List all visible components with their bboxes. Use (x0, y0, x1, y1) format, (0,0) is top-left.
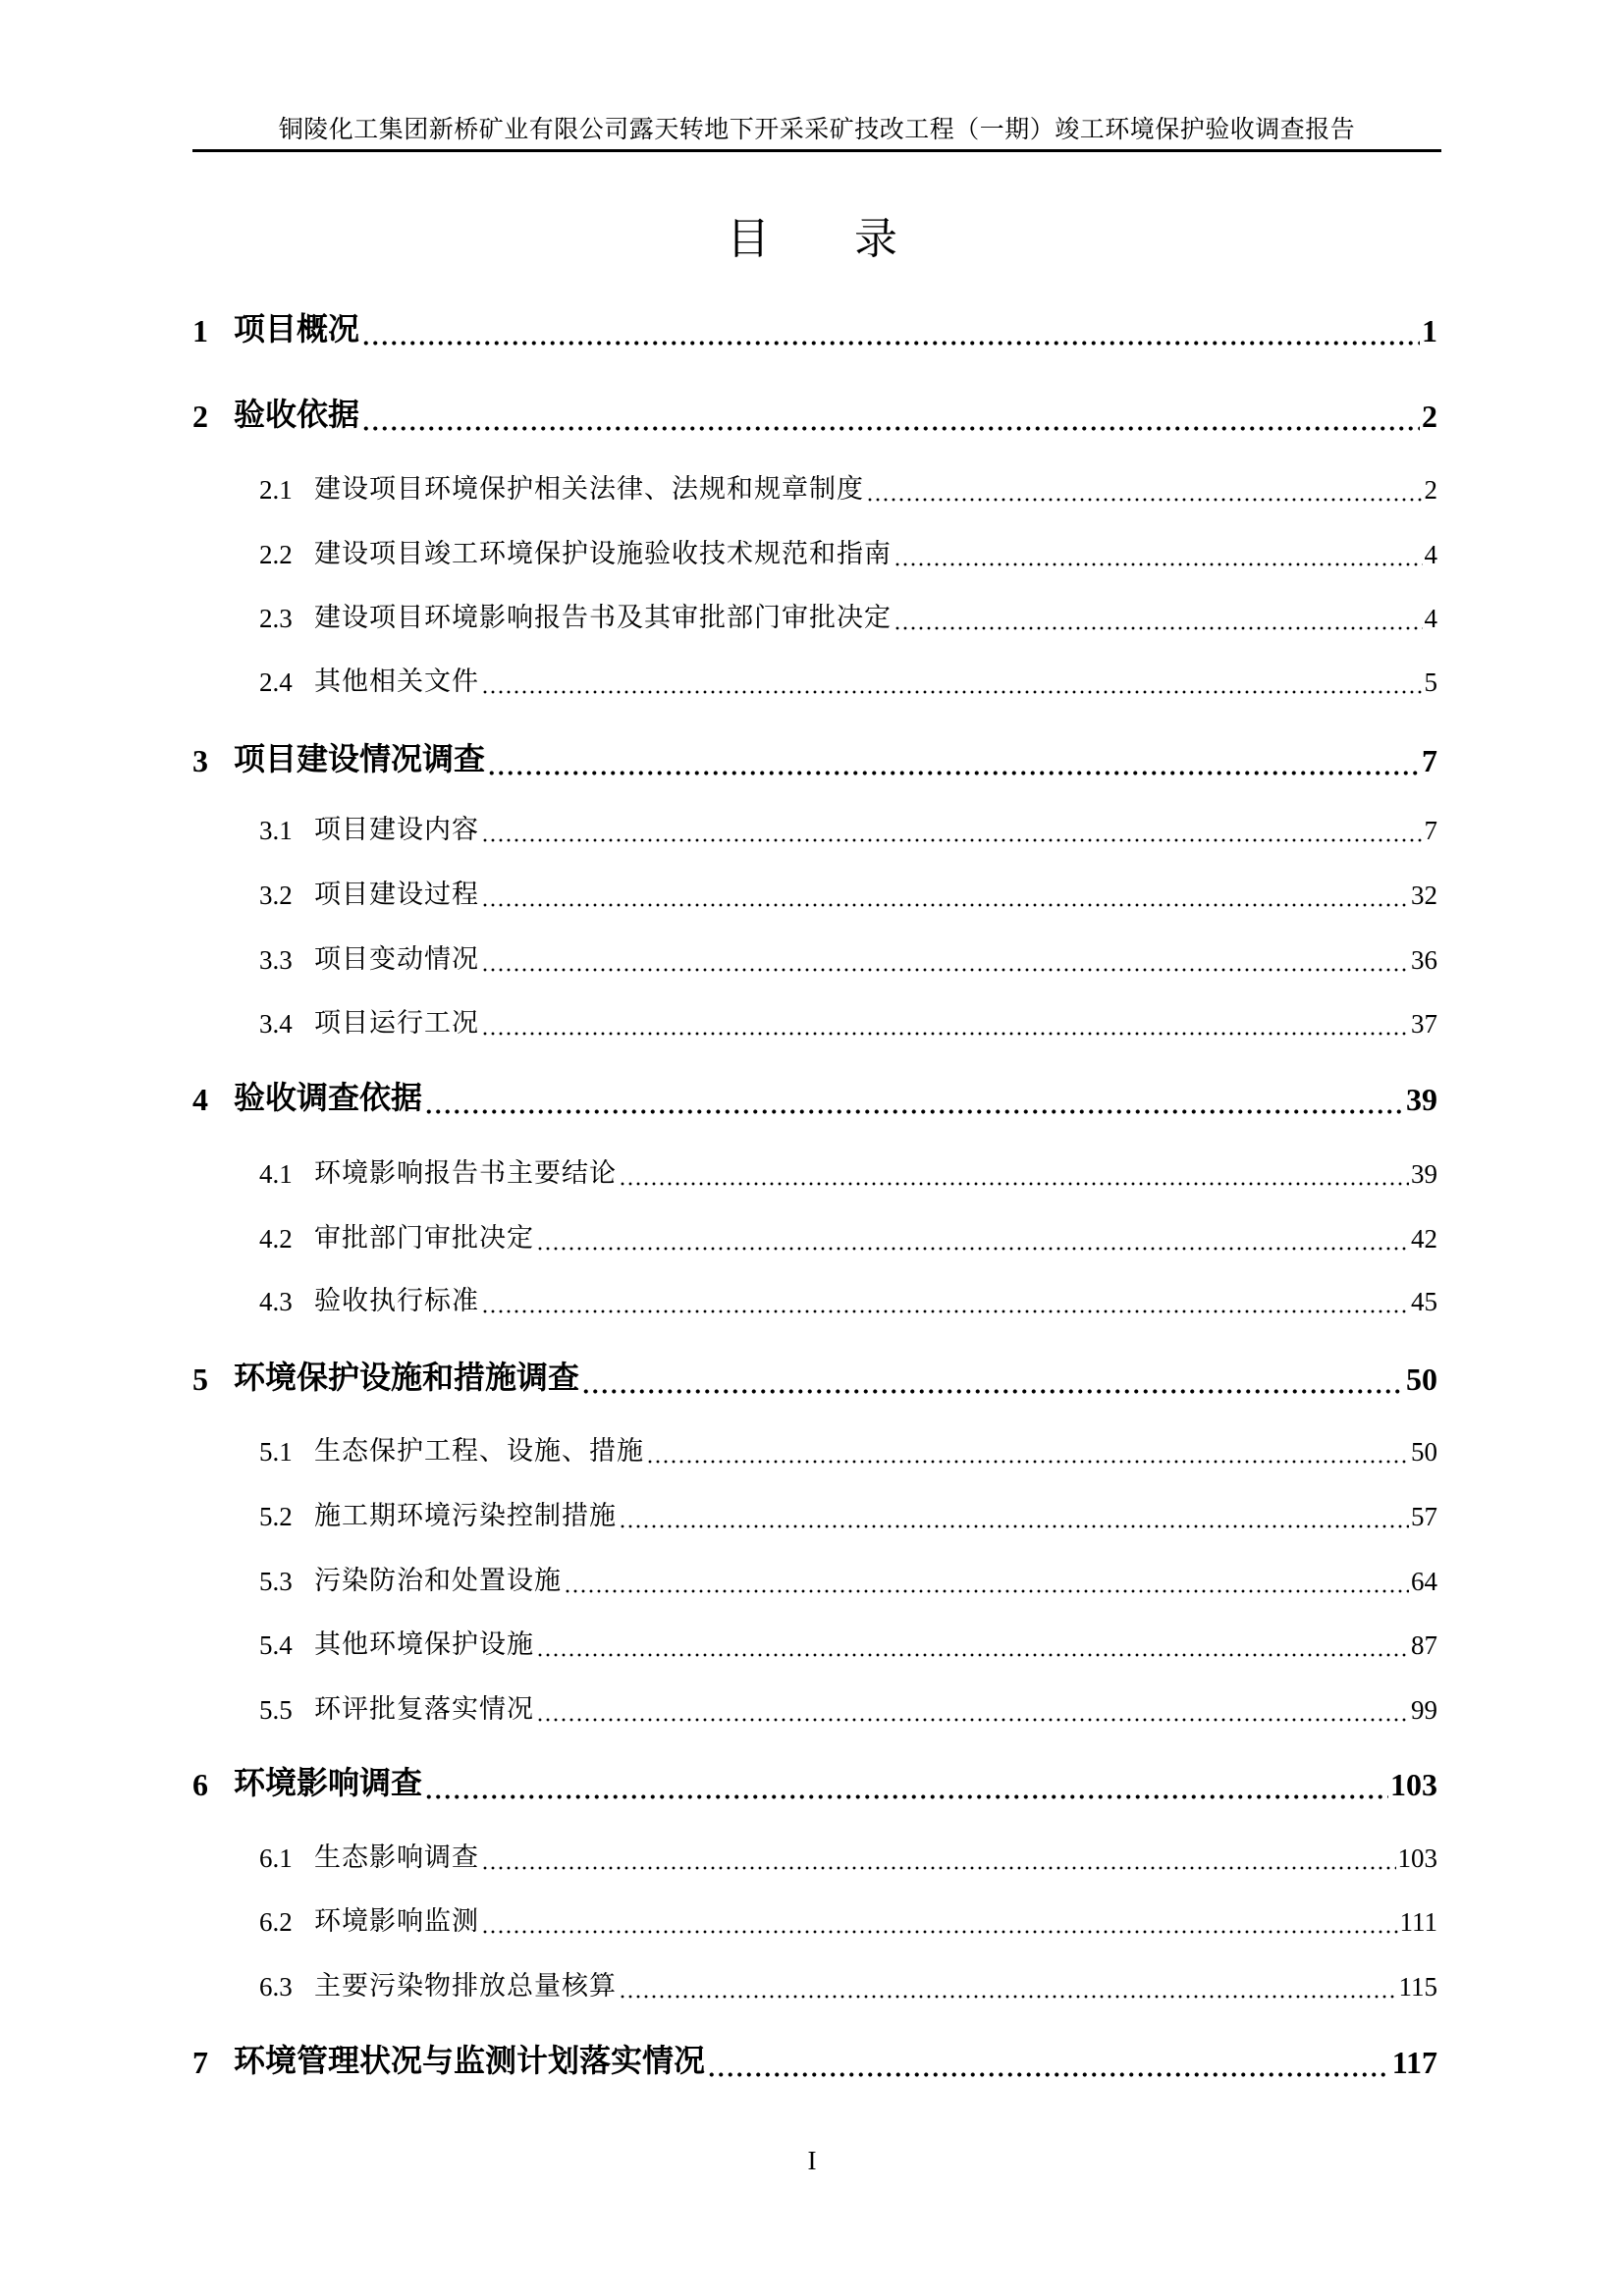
toc-section-link[interactable]: 5.3污染防治和处置设施64 (192, 1560, 1437, 1597)
toc-section-link[interactable]: 5.1生态保护工程、设施、措施50 (192, 1430, 1437, 1468)
toc-entry-number: 5 (192, 1362, 234, 1398)
toc-entry-number: 3 (192, 743, 234, 779)
toc-entry-page: 64 (1411, 1567, 1437, 1597)
toc-entry-label: 环评批复落实情况 (314, 1687, 534, 1726)
toc-section-link[interactable]: 2.3建设项目环境影响报告书及其审批部门审批决定4 (192, 597, 1437, 634)
toc-section-link[interactable]: 3.2项目建设过程32 (192, 874, 1437, 911)
toc-entry-label: 其他环境保护设施 (314, 1623, 534, 1661)
toc-entry-number: 5.4 (259, 1630, 314, 1661)
toc-entry-label: 生态保护工程、设施、措施 (314, 1429, 644, 1468)
toc-entry-number: 2.3 (259, 604, 314, 634)
dot-leader (481, 1011, 1409, 1038)
toc-section-link[interactable]: 6.1生态影响调查103 (192, 1837, 1437, 1874)
toc-entry-page: 57 (1411, 1502, 1437, 1532)
toc-entry-number: 5.2 (259, 1502, 314, 1532)
toc-section-link[interactable]: 5.5环评批复落实情况99 (192, 1688, 1437, 1726)
dot-leader (893, 606, 1423, 632)
toc-entry-label: 主要污染物排放总量核算 (314, 1964, 617, 2002)
toc-entry-page: 117 (1392, 2045, 1437, 2081)
toc-entry-number: 5.3 (259, 1567, 314, 1597)
toc-section-link[interactable]: 2.2建设项目竣工环境保护设施验收技术规范和指南4 (192, 533, 1437, 570)
toc-entry-page: 103 (1390, 1767, 1437, 1803)
toc-title-char: 录 (854, 212, 897, 267)
toc-entry-label: 环境管理状况与监测计划落实情况 (234, 2036, 705, 2081)
toc-section-link[interactable]: 2.1建设项目环境保护相关法律、法规和规章制度2 (192, 468, 1437, 506)
dot-leader (361, 316, 1420, 347)
toc-entry-label: 其他相关文件 (314, 660, 479, 698)
header-rule (192, 149, 1441, 152)
toc-entry-label: 建设项目环境保护相关法律、法规和规章制度 (314, 467, 864, 506)
toc-entry-page: 39 (1411, 1159, 1437, 1190)
toc-chapter-link[interactable]: 3项目建设情况调查7 (192, 736, 1437, 779)
dot-leader (481, 882, 1409, 909)
dot-leader (481, 818, 1423, 844)
dot-leader (361, 401, 1420, 433)
toc-entry-number: 4.3 (259, 1287, 314, 1317)
toc-entry-label: 项目建设过程 (314, 873, 479, 911)
toc-entry-number: 1 (192, 313, 234, 349)
toc-chapter-link[interactable]: 7环境管理状况与监测计划落实情况117 (192, 2038, 1437, 2081)
toc-entry-label: 建设项目环境影响报告书及其审批部门审批决定 (314, 596, 892, 634)
toc-entry-label: 验收依据 (234, 390, 359, 435)
toc-entry-label: 环境影响调查 (234, 1758, 422, 1803)
toc-entry-number: 2.4 (259, 667, 314, 698)
toc-entry-label: 项目运行工况 (314, 1001, 479, 1040)
toc-entry-label: 环境影响报告书主要结论 (314, 1151, 617, 1190)
toc-entry-page: 37 (1411, 1009, 1437, 1040)
dot-leader (424, 1770, 1388, 1801)
toc-entry-page: 7 (1425, 816, 1438, 846)
dot-leader (424, 1085, 1404, 1116)
toc-section-link[interactable]: 6.2环境影响监测111 (192, 1900, 1437, 1938)
toc-entry-page: 39 (1406, 1082, 1437, 1118)
toc-section-link[interactable]: 5.2施工期环境污染控制措施57 (192, 1495, 1437, 1532)
toc-entry-page: 5 (1425, 667, 1438, 698)
toc-title-char: 目 (727, 212, 770, 267)
toc-entry-number: 6.3 (259, 1972, 314, 2002)
toc-entry-number: 4 (192, 1082, 234, 1118)
dot-leader (707, 2048, 1390, 2079)
toc-entry-page: 115 (1399, 1972, 1438, 2002)
toc-section-link[interactable]: 4.2审批部门审批决定42 (192, 1217, 1437, 1255)
toc-entry-page: 50 (1406, 1362, 1437, 1398)
toc-chapter-link[interactable]: 1项目概况1 (192, 306, 1437, 349)
toc-entry-number: 5.5 (259, 1695, 314, 1726)
toc-entry-label: 环境保护设施和措施调查 (234, 1353, 579, 1398)
toc-entry-number: 3.4 (259, 1009, 314, 1040)
toc-entry-number: 6.1 (259, 1843, 314, 1874)
toc-entry-page: 4 (1425, 604, 1438, 634)
toc-entry-page: 111 (1400, 1907, 1438, 1938)
toc-chapter-link[interactable]: 6环境影响调查103 (192, 1760, 1437, 1803)
toc-entry-number: 3.3 (259, 945, 314, 976)
toc-entry-page: 32 (1411, 881, 1437, 911)
toc-section-link[interactable]: 6.3主要污染物排放总量核算115 (192, 1965, 1437, 2002)
toc-entry-number: 4.2 (259, 1224, 314, 1255)
toc-entry-number: 2.2 (259, 540, 314, 570)
toc-entry-label: 项目建设内容 (314, 808, 479, 846)
toc-entry-label: 环境影响监测 (314, 1899, 479, 1938)
dot-leader (646, 1439, 1409, 1466)
toc-entry-page: 36 (1411, 945, 1437, 976)
dot-leader (536, 1632, 1409, 1659)
toc-title: 目录 (0, 212, 1624, 267)
dot-leader (536, 1697, 1409, 1724)
toc-chapter-link[interactable]: 4验收调查依据39 (192, 1075, 1437, 1118)
toc-section-link[interactable]: 3.4项目运行工况37 (192, 1002, 1437, 1040)
toc-entry-label: 施工期环境污染控制措施 (314, 1494, 617, 1532)
dot-leader (481, 1845, 1396, 1872)
dot-leader (536, 1226, 1409, 1253)
toc-section-link[interactable]: 4.1环境影响报告书主要结论39 (192, 1152, 1437, 1190)
toc-entry-label: 验收执行标准 (314, 1279, 479, 1317)
toc-entry-label: 项目概况 (234, 304, 359, 349)
toc-entry-number: 5.1 (259, 1437, 314, 1468)
toc-entry-number: 7 (192, 2045, 234, 2081)
toc-entry-number: 3.2 (259, 881, 314, 911)
toc-entry-page: 87 (1411, 1630, 1437, 1661)
dot-leader (564, 1569, 1409, 1595)
toc-entry-label: 项目变动情况 (314, 937, 479, 976)
dot-leader (481, 669, 1423, 696)
toc-section-link[interactable]: 5.4其他环境保护设施87 (192, 1624, 1437, 1661)
toc-entry-label: 生态影响调查 (314, 1836, 479, 1874)
toc-section-link[interactable]: 4.3验收执行标准45 (192, 1280, 1437, 1317)
dot-leader (866, 477, 1423, 504)
dot-leader (581, 1364, 1404, 1396)
toc-entry-page: 99 (1411, 1695, 1437, 1726)
toc-entry-page: 2 (1425, 475, 1438, 506)
dot-leader (619, 1974, 1397, 2001)
toc-entry-label: 污染防治和处置设施 (314, 1559, 562, 1597)
dot-leader (481, 1909, 1398, 1936)
page-number: I (0, 2146, 1624, 2176)
dot-leader (893, 542, 1423, 568)
toc-section-link[interactable]: 3.1项目建设内容7 (192, 809, 1437, 846)
toc-entry-label: 建设项目竣工环境保护设施验收技术规范和指南 (314, 532, 892, 570)
toc-entry-label: 验收调查依据 (234, 1073, 422, 1118)
toc-section-link[interactable]: 2.4其他相关文件5 (192, 661, 1437, 698)
dot-leader (481, 1289, 1409, 1315)
toc-entry-page: 1 (1422, 313, 1437, 349)
toc-entry-page: 4 (1425, 540, 1438, 570)
toc-entry-page: 42 (1411, 1224, 1437, 1255)
toc-entry-number: 6.2 (259, 1907, 314, 1938)
toc-entry-number: 2.1 (259, 475, 314, 506)
toc-entry-number: 4.1 (259, 1159, 314, 1190)
toc-section-link[interactable]: 3.3项目变动情况36 (192, 938, 1437, 976)
dot-leader (619, 1504, 1409, 1530)
running-header: 铜陵化工集团新桥矿业有限公司露天转地下开采采矿技改工程（一期）竣工环境保护验收调… (192, 116, 1441, 145)
toc-entry-page: 7 (1422, 743, 1437, 779)
toc-entry-number: 3.1 (259, 816, 314, 846)
toc-entry-number: 2 (192, 399, 234, 435)
dot-leader (619, 1161, 1409, 1188)
toc-entry-page: 103 (1398, 1843, 1438, 1874)
toc-entry-label: 审批部门审批决定 (314, 1216, 534, 1255)
toc-entry-number: 6 (192, 1767, 234, 1803)
toc-chapter-link[interactable]: 2验收依据2 (192, 392, 1437, 435)
toc-entry-page: 50 (1411, 1437, 1437, 1468)
dot-leader (487, 746, 1420, 777)
toc-entry-label: 项目建设情况调查 (234, 734, 485, 779)
toc-entry-page: 45 (1411, 1287, 1437, 1317)
toc-entry-page: 2 (1422, 399, 1437, 435)
dot-leader (481, 947, 1409, 974)
toc-chapter-link[interactable]: 5环境保护设施和措施调查50 (192, 1355, 1437, 1398)
